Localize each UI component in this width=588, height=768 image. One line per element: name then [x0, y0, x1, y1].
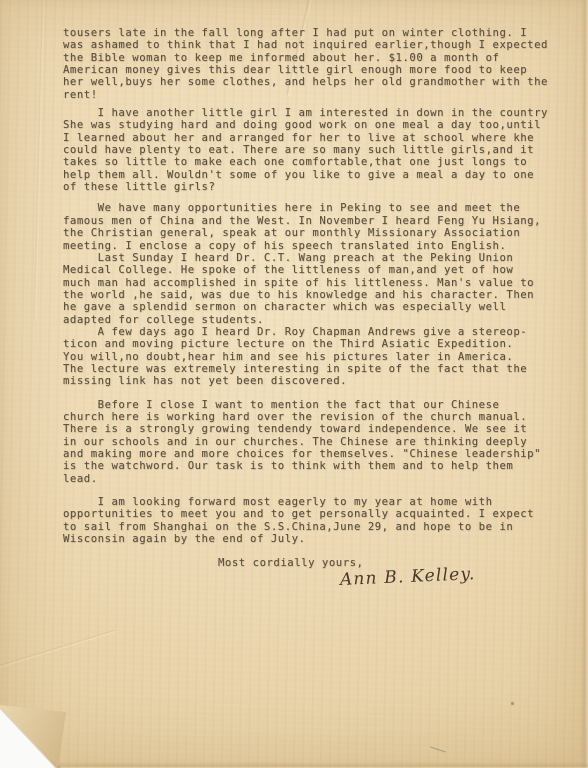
paper-sheet: tousers late in the fall long after I ha…	[0, 0, 588, 768]
paper-vignette	[0, 0, 588, 768]
scanned-letter-page: tousers late in the fall long after I ha…	[0, 0, 588, 768]
paper-edge-bottom	[0, 762, 588, 768]
paper-edge-right	[581, 0, 588, 768]
